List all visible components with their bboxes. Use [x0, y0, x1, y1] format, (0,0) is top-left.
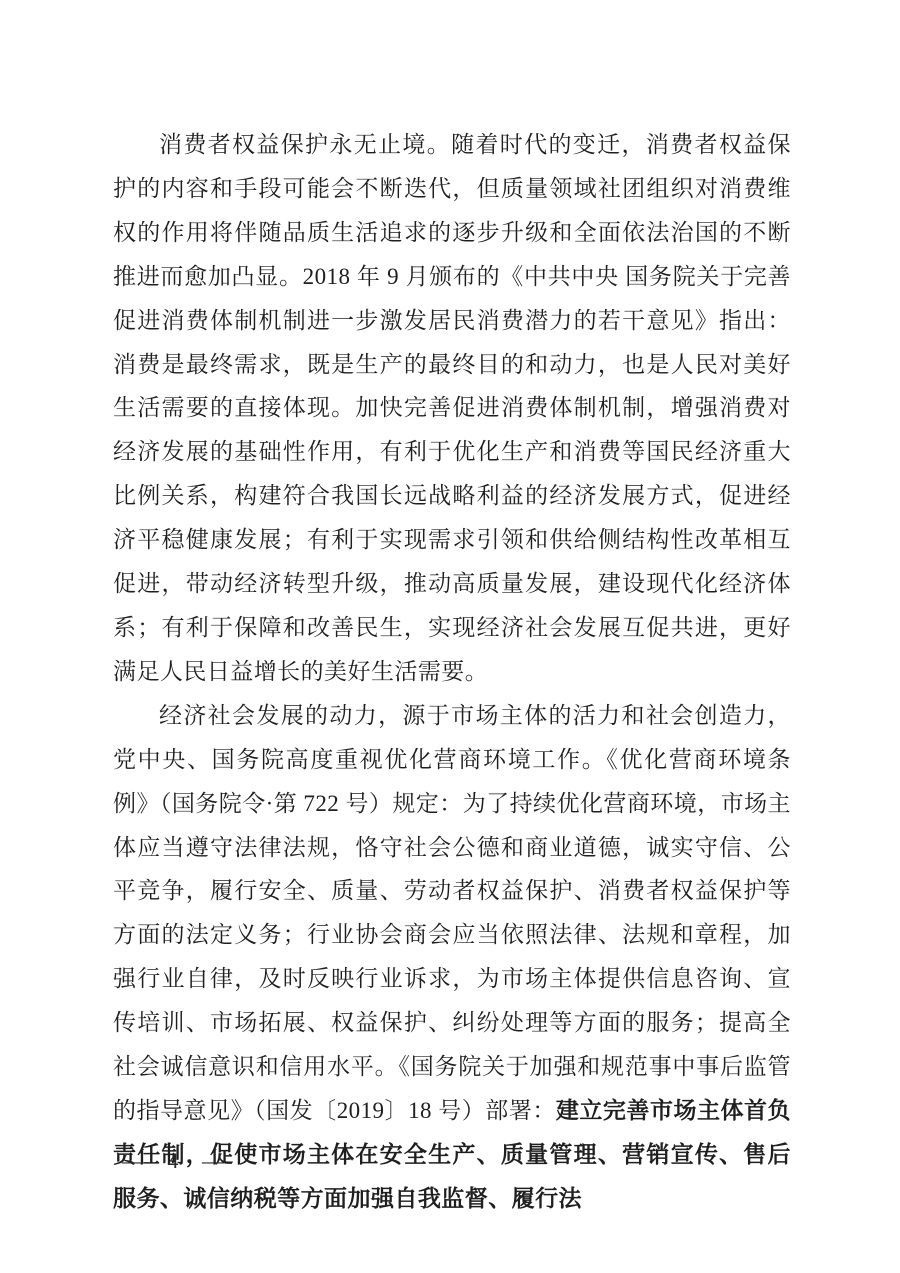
paragraph-text: 消费者权益保护永无止境。随着时代的变迁，消费者权益保护的内容和手段可能会不断迭代…: [113, 132, 791, 684]
page-footer: — 4 —: [122, 1148, 230, 1174]
page-number: — 4 —: [122, 1148, 230, 1173]
paragraph-text: 经济社会发展的动力，源于市场主体的活力和社会创造力，党中央、国务院高度重视优化营…: [113, 703, 791, 1123]
paragraph-consumer-rights: 消费者权益保护永无止境。随着时代的变迁，消费者权益保护的内容和手段可能会不断迭代…: [113, 123, 791, 694]
paragraph-business-environment: 经济社会发展的动力，源于市场主体的活力和社会创造力，党中央、国务院高度重视优化营…: [113, 694, 791, 1221]
document-page: 消费者权益保护永无止境。随着时代的变迁，消费者权益保护的内容和手段可能会不断迭代…: [113, 123, 791, 1221]
